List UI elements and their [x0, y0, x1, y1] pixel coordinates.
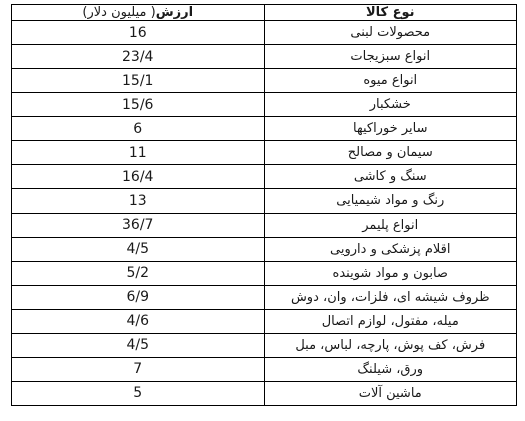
table-row: 16 محصولات لبنی — [12, 21, 517, 45]
table-row: 36/7 انواع پلیمر — [12, 213, 517, 237]
goods-cell: اقلام پزشکی و دارویی — [264, 237, 517, 261]
goods-cell: سیمان و مصالح — [264, 141, 517, 165]
table-row: 7 ورق، شیلنگ — [12, 357, 517, 381]
table-row: 4/6 میله، مفتول، لوازم اتصال — [12, 309, 517, 333]
value-cell: 4/5 — [12, 237, 265, 261]
value-cell: 36/7 — [12, 213, 265, 237]
table-row: 11 سیمان و مصالح — [12, 141, 517, 165]
table-row: 4/5 اقلام پزشکی و دارویی — [12, 237, 517, 261]
goods-cell: ورق، شیلنگ — [264, 357, 517, 381]
value-cell: 7 — [12, 357, 265, 381]
goods-cell: فرش، کف پوش، پارچه، لباس، مبل — [264, 333, 517, 357]
table-row: 13 رنگ و مواد شیمیایی — [12, 189, 517, 213]
value-cell: 13 — [12, 189, 265, 213]
value-cell: 16 — [12, 21, 265, 45]
value-cell: 15/1 — [12, 69, 265, 93]
goods-cell: رنگ و مواد شیمیایی — [264, 189, 517, 213]
table-header: ارزش( میلیون دلار) نوع کالا — [12, 5, 517, 21]
value-cell: 6 — [12, 117, 265, 141]
goods-cell: صابون و مواد شوینده — [264, 261, 517, 285]
value-cell: 6/9 — [12, 285, 265, 309]
table-row: 16/4 سنگ و کاشی — [12, 165, 517, 189]
header-goods-column: نوع کالا — [264, 5, 517, 21]
table-row: 15/6 خشکبار — [12, 93, 517, 117]
table-body: 16 محصولات لبنی 23/4 انواع سبزیجات 15/1 … — [12, 21, 517, 406]
header-row: ارزش( میلیون دلار) نوع کالا — [12, 5, 517, 21]
value-cell: 15/6 — [12, 93, 265, 117]
goods-cell: ظروف شیشه ای، فلزات، وان، دوش — [264, 285, 517, 309]
table-row: 4/5 فرش، کف پوش، پارچه، لباس، مبل — [12, 333, 517, 357]
goods-cell: انواع میوه — [264, 69, 517, 93]
goods-cell: سایر خوراکیها — [264, 117, 517, 141]
goods-cell: انواع سبزیجات — [264, 45, 517, 69]
value-cell: 5/2 — [12, 261, 265, 285]
table-row: 5 ماشین آلات — [12, 381, 517, 405]
goods-cell: سنگ و کاشی — [264, 165, 517, 189]
value-cell: 23/4 — [12, 45, 265, 69]
table-row: 23/4 انواع سبزیجات — [12, 45, 517, 69]
value-cell: 5 — [12, 381, 265, 405]
goods-cell: خشکبار — [264, 93, 517, 117]
header-value-column: ارزش( میلیون دلار) — [12, 5, 265, 21]
value-cell: 4/5 — [12, 333, 265, 357]
goods-value-table: ارزش( میلیون دلار) نوع کالا 16 محصولات ل… — [11, 4, 517, 406]
goods-cell: میله، مفتول، لوازم اتصال — [264, 309, 517, 333]
document-page: ارزش( میلیون دلار) نوع کالا 16 محصولات ل… — [0, 0, 525, 421]
goods-cell: انواع پلیمر — [264, 213, 517, 237]
header-value-label-unit: ( میلیون دلار) — [82, 5, 155, 20]
table-row: 5/2 صابون و مواد شوینده — [12, 261, 517, 285]
value-cell: 16/4 — [12, 165, 265, 189]
goods-cell: ماشین آلات — [264, 381, 517, 405]
table-row: 6/9 ظروف شیشه ای، فلزات، وان، دوش — [12, 285, 517, 309]
table-row: 6 سایر خوراکیها — [12, 117, 517, 141]
value-cell: 11 — [12, 141, 265, 165]
table-row: 15/1 انواع میوه — [12, 69, 517, 93]
header-value-label-bold: ارزش — [156, 5, 193, 20]
value-cell: 4/6 — [12, 309, 265, 333]
goods-cell: محصولات لبنی — [264, 21, 517, 45]
